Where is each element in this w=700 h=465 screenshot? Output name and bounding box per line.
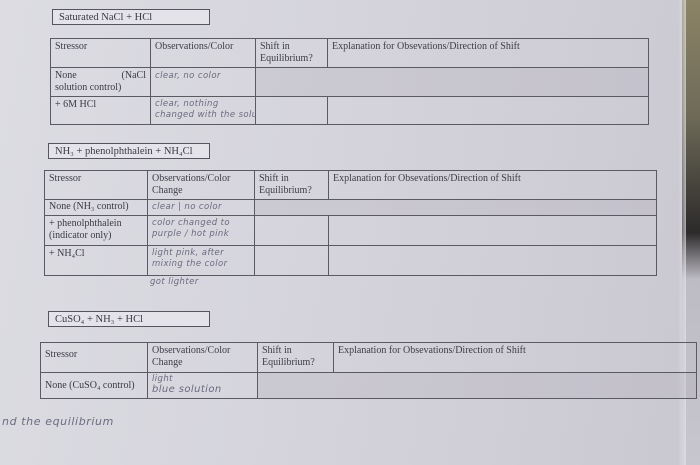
- header-stressor: Stressor: [51, 39, 151, 68]
- stressor-cell: None (NaCl solution control): [51, 68, 151, 97]
- observation-cell[interactable]: clear, no color: [151, 68, 256, 97]
- observation-cell[interactable]: light pink, after mixing the color: [148, 246, 255, 276]
- handwritten-observation: light: [152, 375, 253, 384]
- table-header-row: Stressor Observations/Color Change Shift…: [45, 171, 657, 200]
- explanation-cell[interactable]: [328, 97, 649, 125]
- stressor-text: + phenolphthalein: [49, 218, 143, 230]
- observation-cell[interactable]: light blue solution: [148, 373, 258, 399]
- header-observations: Observations/Color Change: [148, 343, 258, 373]
- handwritten-observation: mixing the color: [152, 259, 250, 270]
- table-row: None (NaCl solution control) clear, no c…: [51, 68, 649, 97]
- observation-cell[interactable]: clear, nothing changed with the solution: [151, 97, 256, 125]
- stressor-text: (indicator only): [49, 230, 143, 242]
- header-stressor: Stressor: [41, 343, 148, 373]
- shift-cell[interactable]: [255, 216, 329, 246]
- explanation-cell[interactable]: [329, 216, 657, 246]
- table-header-row: Stressor Observations/Color Change Shift…: [41, 343, 697, 373]
- stressor-text: (NaCl: [122, 70, 146, 82]
- section-3-table: Stressor Observations/Color Change Shift…: [40, 342, 697, 399]
- handwritten-observation: blue solution: [152, 384, 253, 395]
- stressor-cell: None (NH₃ control): [45, 200, 148, 216]
- table-row: + phenolphthalein (indicator only) color…: [45, 216, 657, 246]
- section-3-title: CuSO₄ + NH₃ + HCl: [48, 311, 210, 327]
- table-row: + 6M HCl clear, nothing changed with the…: [51, 97, 649, 125]
- shaded-merged-cell: [258, 373, 697, 399]
- table-row: + NH₄Cl light pink, after mixing the col…: [45, 246, 657, 276]
- header-explanation: Explanation for Obsevations/Direction of…: [334, 343, 697, 373]
- stressor-cell: + phenolphthalein (indicator only): [45, 216, 148, 246]
- stressor-text: solution control): [55, 82, 146, 94]
- handwritten-observation: clear, nothing: [155, 99, 251, 110]
- shaded-merged-cell: [255, 200, 657, 216]
- explanation-cell[interactable]: [329, 246, 657, 276]
- section-2-table: Stressor Observations/Color Change Shift…: [44, 170, 657, 276]
- header-observations: Observations/Color: [151, 39, 256, 68]
- section-1-title: Saturated NaCl + HCl: [52, 9, 210, 25]
- observation-cell[interactable]: color changed to purple / hot pink: [148, 216, 255, 246]
- header-stressor: Stressor: [45, 171, 148, 200]
- table-row: None (NH₃ control) clear | no color: [45, 200, 657, 216]
- section-1-table: Stressor Observations/Color Shift in Equ…: [50, 38, 649, 125]
- header-shift: Shift in Equilibrium?: [258, 343, 334, 373]
- stressor-cell: None (CuSO₄ control): [41, 373, 148, 399]
- handwritten-observation: changed with the solution: [155, 110, 251, 121]
- header-explanation: Explanation for Obsevations/Direction of…: [328, 39, 649, 68]
- section-2-title: NH₃ + phenolphthalein + NH₄Cl: [48, 143, 210, 159]
- handwritten-observation: color changed to: [152, 218, 250, 229]
- shift-cell[interactable]: [256, 97, 328, 125]
- shift-cell[interactable]: [255, 246, 329, 276]
- stressor-cell: + NH₄Cl: [45, 246, 148, 276]
- header-shift: Shift in Equilibrium?: [255, 171, 329, 200]
- stressor-text: None: [55, 70, 77, 82]
- handwritten-overflow: got lighter: [150, 277, 199, 287]
- handwritten-footer-note: nd the equilibrium: [2, 415, 114, 428]
- handwritten-observation: clear | no color: [152, 202, 222, 212]
- header-observations: Observations/Color Change: [148, 171, 255, 200]
- shaded-merged-cell: [256, 68, 649, 97]
- handwritten-observation: clear, no color: [155, 71, 221, 81]
- observation-cell[interactable]: clear | no color: [148, 200, 255, 216]
- handwritten-observation: light pink, after: [152, 248, 250, 259]
- handwritten-observation: purple / hot pink: [152, 229, 250, 240]
- table-row: None (CuSO₄ control) light blue solution: [41, 373, 697, 399]
- stressor-cell: + 6M HCl: [51, 97, 151, 125]
- table-header-row: Stressor Observations/Color Shift in Equ…: [51, 39, 649, 68]
- header-shift: Shift in Equilibrium?: [256, 39, 328, 68]
- header-explanation: Explanation for Obsevations/Direction of…: [329, 171, 657, 200]
